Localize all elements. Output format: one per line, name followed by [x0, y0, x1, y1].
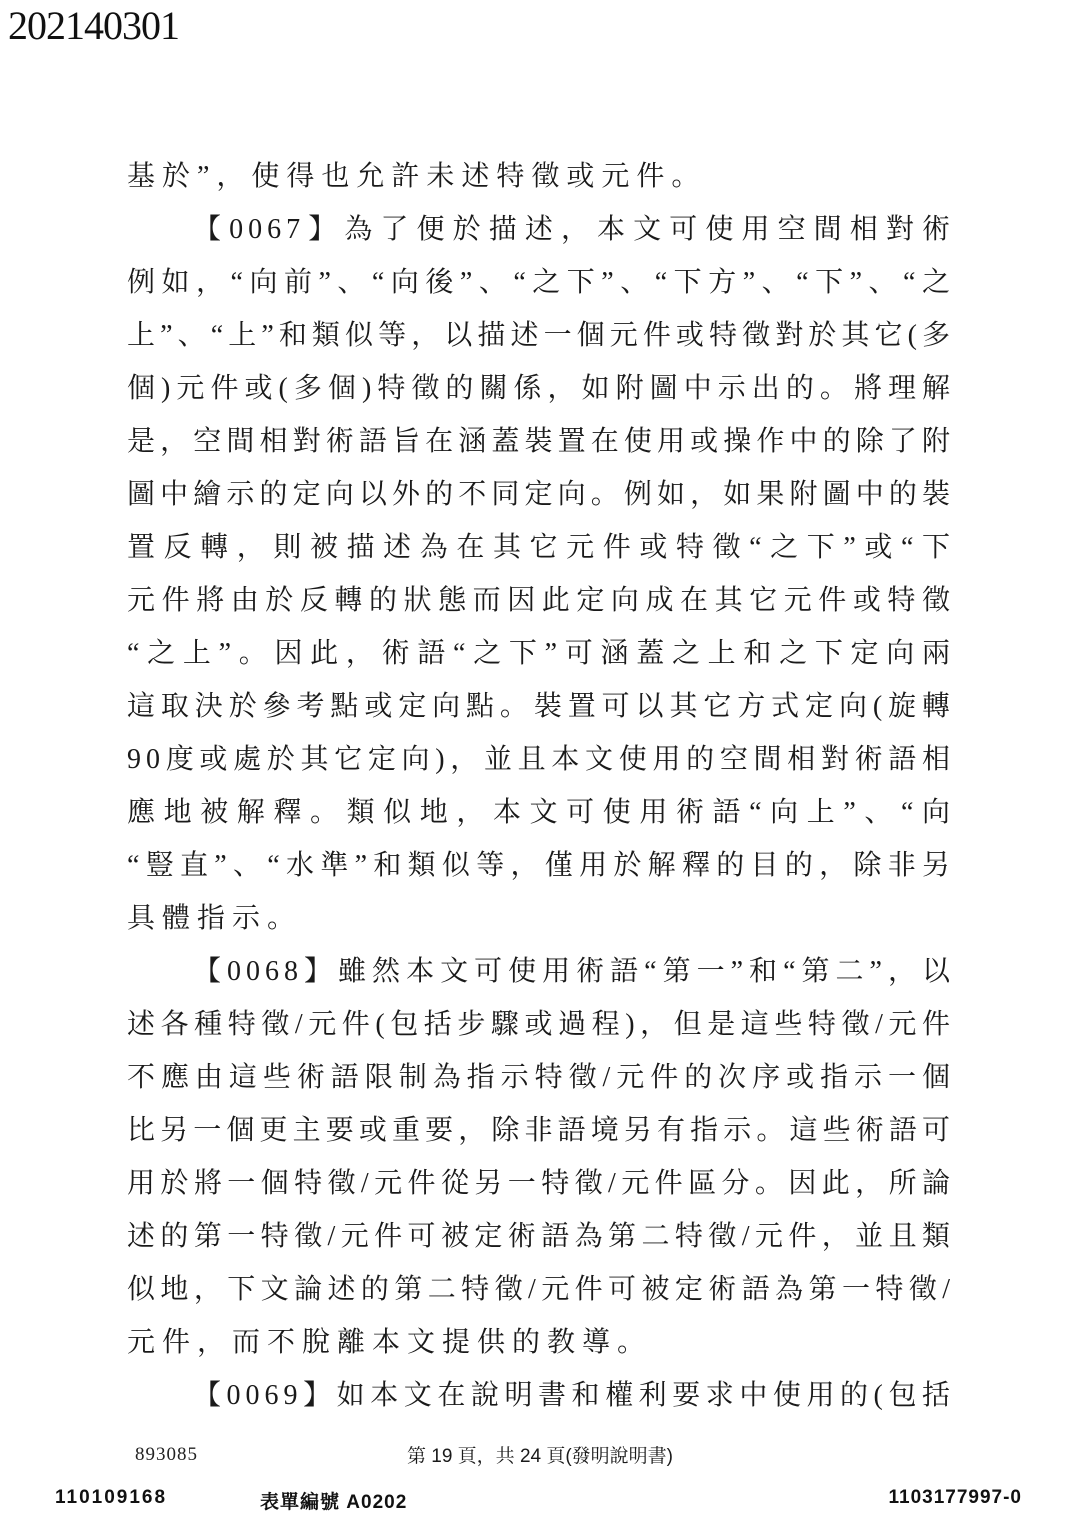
text-line: 具體指示。	[127, 892, 955, 945]
text-line: 上”、“上”和類似等，以描述一個元件或特徵對於其它(多	[127, 309, 955, 362]
footer-application-number: 110109168	[55, 1487, 167, 1509]
text-line: 【0067】為了便於描述，本文可使用空間相對術語，	[127, 203, 955, 256]
text-line: 不應由這些術語限制為指示特徵/元件的次序或指示一個	[127, 1051, 955, 1104]
text-line: 應地被解釋。類似地，本文可使用術語“向上”、“向下”、	[127, 786, 955, 839]
text-line: 用於將一個特徵/元件從另一特徵/元件區分。因此，所論	[127, 1157, 955, 1210]
text-line: 例如，“向前”、“向後”、“之下”、“下方”、“下”、“之	[127, 256, 955, 309]
text-line: 述的第一特徵/元件可被定術語為第二特徵/元件，並且類	[127, 1210, 955, 1263]
text-line: 【0069】如本文在說明書和權利要求中使用的(包括	[127, 1369, 955, 1422]
text-line: 元件，而不脫離本文提供的教導。	[127, 1316, 955, 1369]
text-line: 述各種特徵/元件(包括步驟或過程)，但是這些特徵/元件	[127, 998, 955, 1051]
text-line: 個)元件或(多個)特徵的關係，如附圖中示出的。將理解的	[127, 362, 955, 415]
text-line: 【0068】雖然本文可使用術語“第一”和“第二”，以描	[127, 945, 955, 998]
patent-document-page: 202140301 基於”，使得也允許未述特徵或元件。【0067】為了便於描述，…	[0, 0, 1080, 1526]
text-line: 是，空間相對術語旨在涵蓋裝置在使用或操作中的除了附	[127, 415, 955, 468]
text-line: 比另一個更主要或重要，除非語境另有指示。這些術語可	[127, 1104, 955, 1157]
text-line: “之上”。因此，術語“之下”可涵蓋之上和之下定向兩者，	[127, 627, 955, 680]
text-line: 元件將由於反轉的狀態而因此定向成在其它元件或特徵	[127, 574, 955, 627]
publication-number: 202140301	[8, 2, 179, 49]
footer-control-number: 1103177997-0	[888, 1487, 1022, 1509]
text-line: “豎直”、“水準”和類似等，僅用於解釋的目的，除非另有	[127, 839, 955, 892]
text-line: 90度或處於其它定向)，並且本文使用的空間相對術語相	[127, 733, 955, 786]
footer-form-number: 表單編號 A0202	[260, 1487, 407, 1514]
description-text: 基於”，使得也允許未述特徵或元件。【0067】為了便於描述，本文可使用空間相對術…	[127, 150, 955, 1422]
text-line: 置反轉，則被描述為在其它元件或特徵“之下”或“下方”的	[127, 521, 955, 574]
text-line: 圖中繪示的定向以外的不同定向。例如，如果附圖中的裝	[127, 468, 955, 521]
text-line: 這取決於參考點或定向點。裝置可以其它方式定向(旋轉	[127, 680, 955, 733]
text-line: 似地，下文論述的第二特徵/元件可被定術語為第一特徵/	[127, 1263, 955, 1316]
text-line: 基於”，使得也允許未述特徵或元件。	[127, 150, 955, 203]
footer-page-info: 第 19 頁，共 24 頁(發明說明書)	[0, 1441, 1080, 1468]
